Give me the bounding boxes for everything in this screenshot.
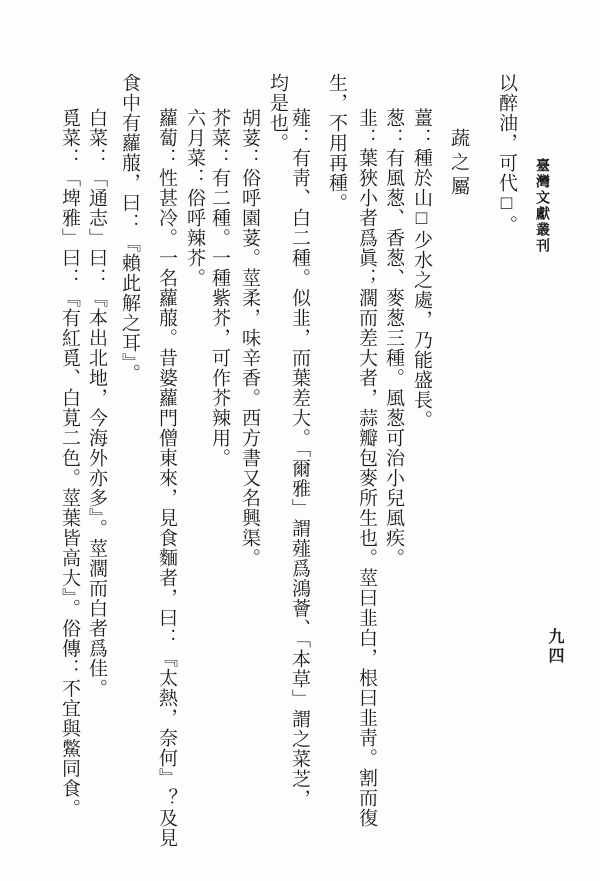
entry-radish-continuation-column: 食中有蘿菔，曰：『賴此解之耳』。 <box>117 73 141 384</box>
entry-xie-continuation-column: 均是也。 <box>265 73 289 153</box>
entry-xie-column: 薤：有靑、白二種。似韭，而葉差大。「爾雅」謂薤爲鴻薈、「本草」謂之菜芝， <box>287 73 311 809</box>
page-number: 九四 <box>543 628 565 666</box>
entry-scallion-column: 葱：有風葱、香葱、麥葱三種。風葱可治小兒風疾。 <box>381 73 405 568</box>
entry-ginger-column: 薑：種於山□少水之處，乃能盛長。 <box>409 73 433 430</box>
book-page-scan: 臺灣文獻叢刊 九四 以醉油，可代□。 蔬之屬 薑：種於山□少水之處，乃能盛長。 … <box>0 0 600 881</box>
entry-amaranth-column: 覓菜：「埤雅」曰：『有紅覓、白莧二色。莖葉皆高大』。俗傳：不宜與鱉同食。 <box>57 73 81 819</box>
continuation-prev-entry-column: 以醉油，可代□。 <box>494 73 518 235</box>
entry-mustard-column: 芥菜：有二種。一種紫芥，可作芥辣用。 <box>207 73 231 468</box>
section-header-column: 蔬之屬 <box>446 73 470 200</box>
entry-chive-column: 韭：葉狹小者爲眞；濶而差大者，蒜瓣包麥所生也。莖曰韭白，根曰韭靑。割而復 <box>354 73 378 828</box>
entry-chive-continuation-column: 生，不用再種。 <box>324 73 348 213</box>
entry-bok-choy-column: 白菜：「通志」曰：『本出北地，今海外亦多』。莖濶而白者爲佳。 <box>84 73 108 699</box>
entry-radish-column: 蘿蔔：性甚冷。一名蘿菔。昔婆蘿門僧東來，見食麵者，曰：『太熱，奈何』？及見 <box>154 73 178 848</box>
series-title: 臺灣文獻叢刊 <box>530 158 552 254</box>
entry-june-greens-column: 六月菜：俗呼辣芥。 <box>182 73 206 288</box>
entry-coriander-column: 胡荽：俗呼園荽。莖柔，味辛香。西方書又名興渠。 <box>237 73 261 568</box>
